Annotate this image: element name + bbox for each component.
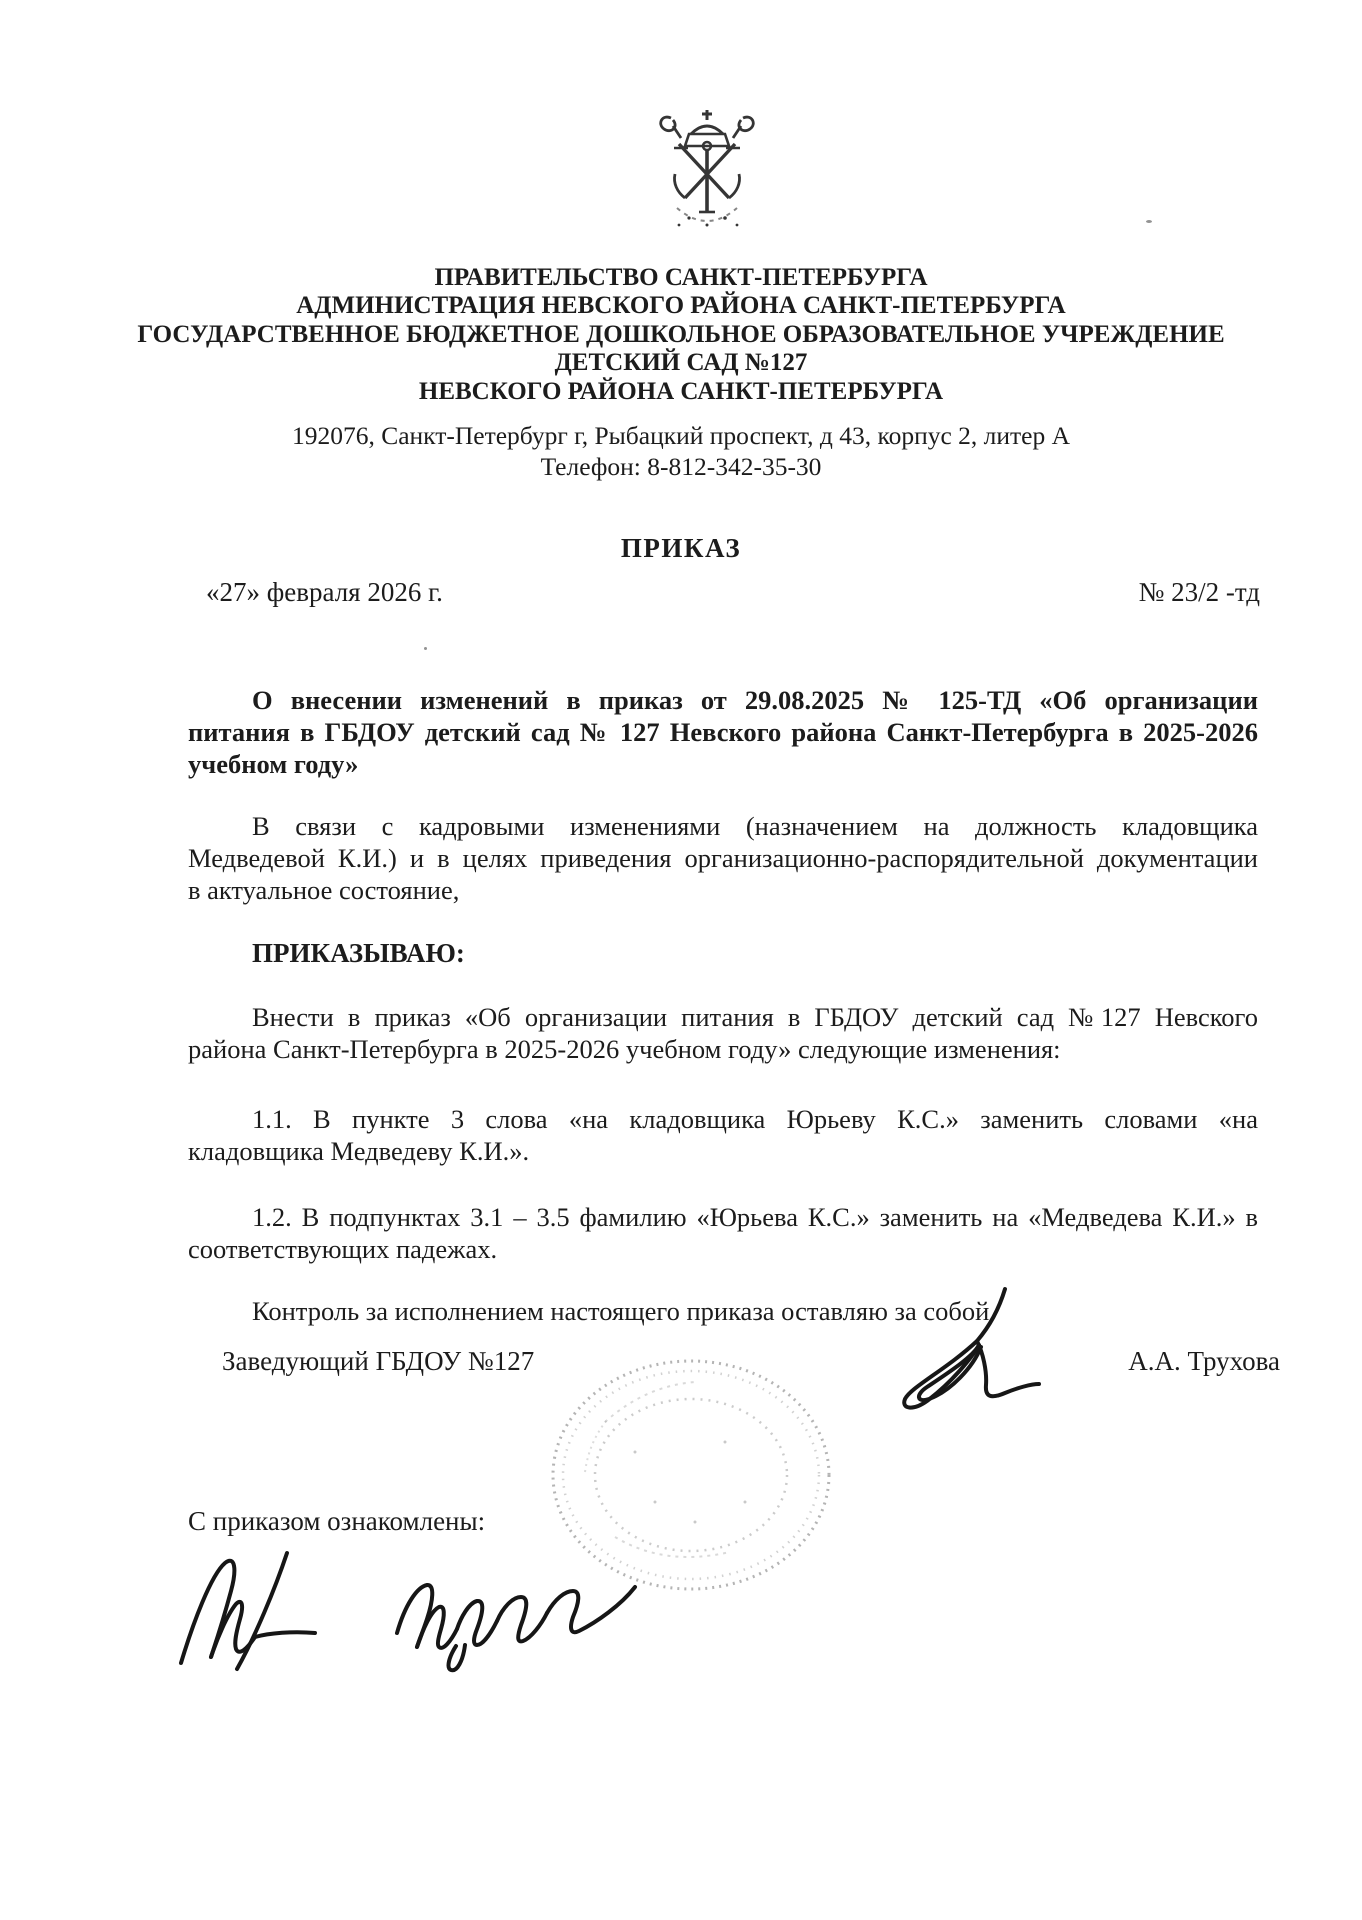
org-header-line: ПРАВИТЕЛЬСТВО САНКТ-ПЕТЕРБУРГА — [0, 264, 1362, 292]
acknowledgement-signatures — [165, 1545, 655, 1685]
item-line: 1.1. В пункте 3 слова «на кладовщика Юрь… — [188, 1103, 1258, 1135]
order-item-1-2: 1.2. В подпунктах 3.1 – 3.5 фамилию «Юрь… — [188, 1201, 1258, 1265]
subject-line: учебном году» — [188, 748, 1258, 780]
coat-of-arms-icon — [649, 106, 765, 232]
subject-line: питания в ГБДОУ детский сад № 127 Невско… — [188, 716, 1258, 748]
org-contacts: 192076, Санкт-Петербург г, Рыбацкий прос… — [0, 421, 1362, 482]
signatory-position: Заведующий ГБДОУ №127 — [188, 1346, 534, 1377]
order-intro: Внести в приказ «Об организации питания … — [188, 1001, 1258, 1065]
org-header-line: ГОСУДАРСТВЕННОЕ БЮДЖЕТНОЕ ДОШКОЛЬНОЕ ОБР… — [0, 321, 1362, 349]
item-line: 1.2. В подпунктах 3.1 – 3.5 фамилию «Юрь… — [188, 1201, 1258, 1233]
intro-line: Внести в приказ «Об организации питания … — [188, 1001, 1258, 1033]
preamble-line: Медведевой К.И.) и в целях приведения ор… — [188, 842, 1258, 874]
scanned-order-document: ПРАВИТЕЛЬСТВО САНКТ-ПЕТЕРБУРГА АДМИНИСТР… — [0, 0, 1362, 1920]
acknowledgement-label: С приказом ознакомлены: — [188, 1506, 485, 1537]
subject-line: О внесении изменений в приказ от 29.08.2… — [188, 684, 1258, 716]
scan-speck — [424, 647, 427, 650]
order-date: «27» февраля 2026 г. — [188, 577, 443, 608]
order-preamble: В связи с кадровыми изменениями (назначе… — [188, 810, 1258, 906]
intro-line: района Санкт-Петербурга в 2025-2026 учеб… — [188, 1033, 1258, 1065]
order-subject: О внесении изменений в приказ от 29.08.2… — [188, 684, 1258, 780]
preamble-line: в актуальное состояние, — [188, 874, 1258, 906]
org-header-line: НЕВСКОГО РАЙОНА САНКТ-ПЕТЕРБУРГА — [0, 378, 1362, 406]
head-signature — [893, 1283, 1058, 1418]
preamble-line: В связи с кадровыми изменениями (назначе… — [188, 810, 1258, 842]
scan-speck — [1146, 220, 1152, 223]
order-meta-row: «27» февраля 2026 г. № 23/2 -тд — [188, 577, 1260, 608]
item-line: кладовщика Медведеву К.И.». — [188, 1135, 1258, 1167]
item-line: соответствующих падежах. — [188, 1233, 1258, 1265]
org-address: 192076, Санкт-Петербург г, Рыбацкий прос… — [0, 421, 1362, 452]
directive-word: ПРИКАЗЫВАЮ: — [252, 938, 852, 969]
signatory-name: А.А. Трухова — [1128, 1346, 1280, 1377]
order-item-1-1: 1.1. В пункте 3 слова «на кладовщика Юрь… — [188, 1103, 1258, 1167]
control-sentence: Контроль за исполнением настоящего прика… — [188, 1295, 1258, 1327]
org-header-line: АДМИНИСТРАЦИЯ НЕВСКОГО РАЙОНА САНКТ-ПЕТЕ… — [0, 292, 1362, 320]
org-header-line: ДЕТСКИЙ САД №127 — [0, 349, 1362, 377]
document-title: ПРИКАЗ — [0, 533, 1362, 564]
org-header: ПРАВИТЕЛЬСТВО САНКТ-ПЕТЕРБУРГА АДМИНИСТР… — [0, 264, 1362, 406]
order-number: № 23/2 -тд — [1139, 577, 1260, 608]
org-phone: Телефон: 8-812-342-35-30 — [0, 452, 1362, 483]
